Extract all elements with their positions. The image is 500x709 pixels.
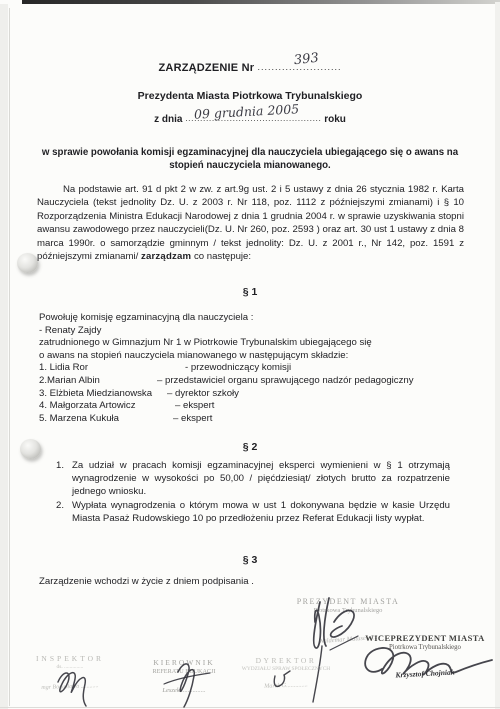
legal-basis-tail: co następuje: xyxy=(191,251,251,262)
section-2-heading: § 2 xyxy=(0,441,500,453)
item-text: Wypłata wynagrodzenia o którym mowa w us… xyxy=(72,499,450,525)
document-title: ZARZĄDZENIE Nr ........................ xyxy=(0,62,500,74)
member-name: 4. Małgorzata Artowicz xyxy=(39,400,175,413)
legal-basis-paragraph: Na podstawie art. 91 d pkt 2 w zw. z art… xyxy=(37,183,464,263)
numbered-item: 2. Wypłata wynagrodzenia o którym mowa w… xyxy=(56,499,450,525)
stamp-title: DYREKTOR xyxy=(230,656,342,665)
member-name: 5. Marzena Kukuła xyxy=(39,413,173,426)
scan-edge-right xyxy=(495,2,500,709)
title-label: ZARZĄDZENIE Nr xyxy=(159,62,255,74)
signature-wiceprezydent xyxy=(352,641,498,687)
issuer-text: Prezydenta Miasta Piotrkowa Trybunalskie… xyxy=(138,90,363,102)
member-role: - przewodniczący komisji xyxy=(185,362,291,375)
issuer-line: Prezydenta Miasta Piotrkowa Trybunalskie… xyxy=(0,90,500,102)
date-prefix: z dnia xyxy=(154,114,182,125)
legal-basis-emphasis: zarządzam xyxy=(141,251,191,262)
section-1-body: Powołuję komisję egzaminacyjną dla naucz… xyxy=(39,312,473,425)
section-3-heading: § 3 xyxy=(0,554,500,566)
member-role: – przedstawiciel organu sprawującego nad… xyxy=(157,375,414,388)
date-suffix: roku xyxy=(324,114,346,125)
signature-kierownik xyxy=(152,652,218,708)
numbered-item: 1. Za udział w pracach komisji egzaminac… xyxy=(56,459,450,499)
item-number: 2. xyxy=(56,499,72,525)
scanned-document-page: ZARZĄDZENIE Nr ........................ … xyxy=(0,0,500,709)
committee-member-row: 3. Elżbieta Miedzianowska – dyrektor szk… xyxy=(39,388,473,401)
subject-paragraph: w sprawie powołania komisji egzaminacyjn… xyxy=(35,147,465,172)
committee-member-row: 2.Marian Albin – przedstawiciel organu s… xyxy=(39,375,473,388)
section-3-body: Zarządzenie wchodzi w życie z dniem podp… xyxy=(39,576,254,587)
committee-member-row: 1. Lidia Ror - przewodniczący komisji xyxy=(39,362,473,375)
member-role: – ekspert xyxy=(173,413,212,426)
hole-punch-top xyxy=(17,253,38,273)
signature-dyrektor-paraph xyxy=(266,668,296,698)
member-role: – dyrektor szkoły xyxy=(167,388,239,401)
section-2-body: 1. Za udział w pracach komisji egzaminac… xyxy=(56,459,450,525)
signature-inspektor xyxy=(42,658,114,708)
section-1-heading: § 1 xyxy=(0,286,500,298)
scan-edge-left xyxy=(0,4,8,709)
item-number: 1. xyxy=(56,459,72,499)
committee-member-row: 4. Małgorzata Artowicz – ekspert xyxy=(39,400,473,413)
committee-member-row: 5. Marzena Kukuła – ekspert xyxy=(39,413,473,426)
member-name: 1. Lidia Ror xyxy=(39,362,185,375)
s1-intro-line: zatrudnionego w Gimnazjum Nr 1 w Piotrko… xyxy=(39,337,473,350)
committee-member-list: 1. Lidia Ror - przewodniczący komisji 2.… xyxy=(39,362,473,425)
member-name: 2.Marian Albin xyxy=(39,375,157,388)
s1-teacher-name: - Renaty Zajdy xyxy=(39,325,473,338)
handwritten-ordinance-number: 393 xyxy=(293,51,319,69)
scan-edge-top xyxy=(22,0,500,4)
item-text: Za udział w pracach komisji egzaminacyjn… xyxy=(72,459,450,499)
member-role: – ekspert xyxy=(175,400,214,413)
s1-intro-line: Powołuję komisję egzaminacyjną dla naucz… xyxy=(39,312,473,325)
member-name: 3. Elżbieta Miedzianowska xyxy=(39,388,167,401)
s1-intro-line: o awans na stopień nauczyciela mianowane… xyxy=(39,350,473,363)
